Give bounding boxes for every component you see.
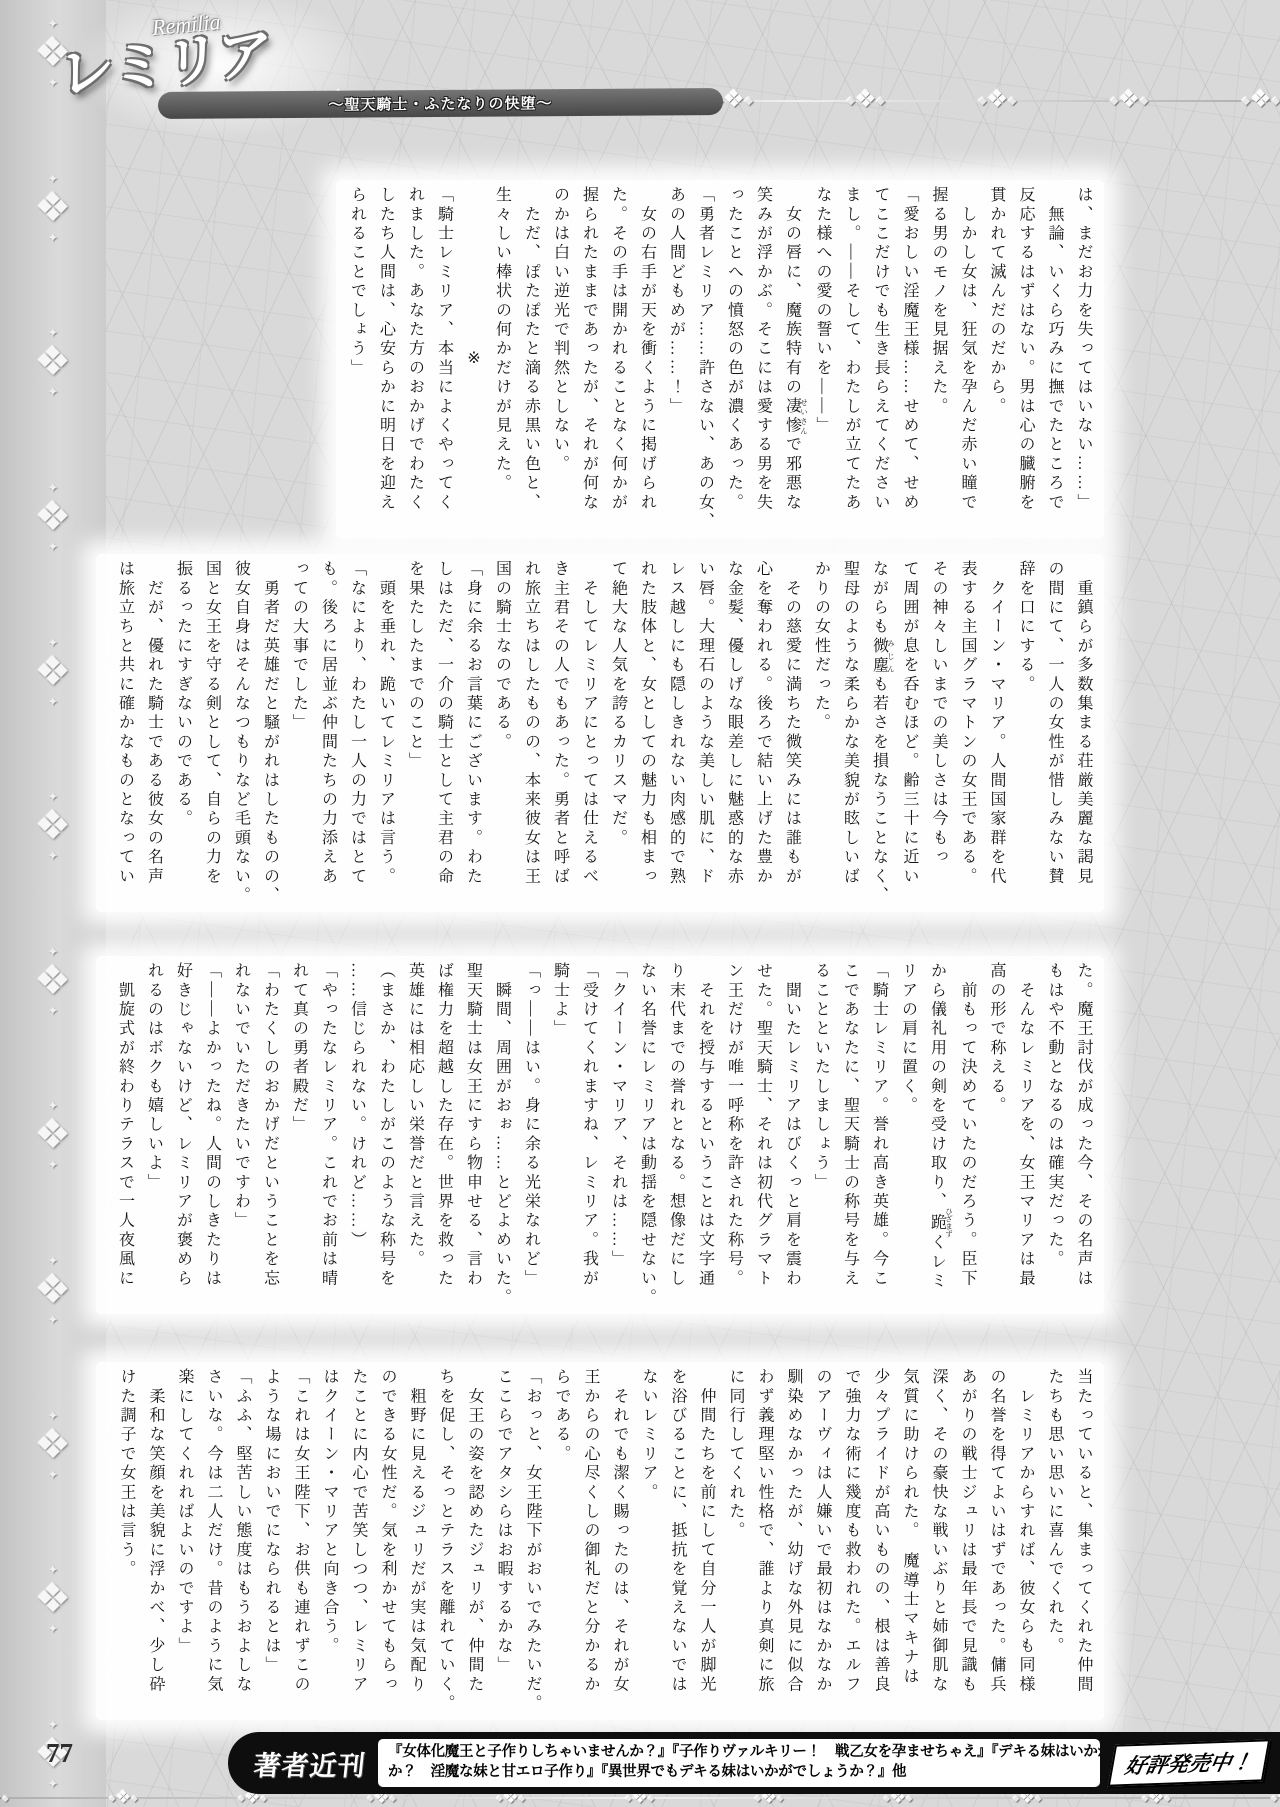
text-column: 女の右手が天を衝くように掲げられ: [633, 186, 662, 532]
text-column: れないでいただきたいですわ」: [227, 962, 256, 1308]
lace-ornament-icon: ✦❖✦: [35, 1560, 71, 1638]
text-column: 「身に余るお言葉にございます。わた: [459, 560, 488, 906]
text-column: 英雄には相応しい栄誉だと言えた。: [401, 962, 430, 1308]
text-column: 聖天騎士は女王にすら物申せる、言わ: [459, 962, 488, 1308]
text-column: 重鎮らが多数集まる荘厳美麗な謁見: [1069, 560, 1098, 906]
text-column: 心を奪われる。後ろで結い上げた豊か: [749, 560, 778, 906]
text-column: れた肢体と、女としての魅力も相まっ: [633, 560, 662, 906]
text-column: り末代までの誉れとなる。想像だにし: [662, 962, 691, 1308]
text-column: もはや不動となるのは確実だった。: [1040, 962, 1069, 1308]
text-band-3: た。魔王討伐が成った今、その名声はもはや不動となるのは確実だった。 そんなレミリ…: [96, 956, 1104, 1314]
diamond-ornament-icon: ◆❖◆: [1110, 88, 1148, 112]
text-column: ば権力を超越した存在。世界を救った: [430, 962, 459, 1308]
text-column: 聖母のような柔らかな美貌が眩しいば: [836, 560, 865, 906]
text-column: あの人間どもめが……！」: [662, 186, 691, 532]
text-column: ような場においでになられるとは」: [257, 1368, 286, 1714]
text-column: のアーヴィは人嫌いで最初はなかなか: [808, 1368, 837, 1714]
text-column: は、まだお力を失ってはいない……」: [1069, 186, 1098, 532]
text-column: 「やったなレミリア。これでお前は晴: [314, 962, 343, 1308]
text-column: 少々プライドが高いものの、根は善良: [866, 1368, 895, 1714]
text-column: その慈愛に満ちた微笑みには誰もが: [778, 560, 807, 906]
lace-ornament-icon: ✦❖✦: [35, 1096, 71, 1174]
text-column: られることでしょう」: [343, 186, 372, 532]
page-number: 77: [46, 1738, 73, 1769]
text-column: あがりの戦士ジュリは最年長で見識も: [953, 1368, 982, 1714]
text-column: 国の騎士なのである。: [488, 560, 517, 906]
text-column: 好きじゃないけど、レミリアが褒めら: [169, 962, 198, 1308]
text-column: れて真の勇者殿だ」: [285, 962, 314, 1308]
publisher-footer-bar: 著者近刊 『女体化魔王と子作りしちゃいませんか？』『子作りヴァルキリー！ 戦乙女…: [228, 1732, 1280, 1794]
lace-ornament-icon: ✦❖✦: [35, 1406, 71, 1484]
text-column: それを授与するということは文字通: [691, 962, 720, 1308]
text-column: れるのはボクも嬉しいよ」: [140, 962, 169, 1308]
text-column: で強力な術に幾度も救われた。エルフ: [837, 1368, 866, 1714]
series-subtitle: 〜聖天騎士・ふたなりの快堕〜: [328, 92, 552, 115]
lace-ornament-icon: ✦❖✦: [35, 169, 71, 247]
text-column: レミリアからすれば、彼女らも同様: [1011, 1368, 1040, 1714]
text-column: こであなたに、聖天騎士の称号を与え: [836, 962, 865, 1308]
text-column: た。魔王討伐が成った今、その名声は: [1069, 962, 1098, 1308]
text-column: レス越しにも隠しきれない肉感的で熟: [662, 560, 691, 906]
text-column: たちも思い思いに喜んでくれた。: [1040, 1368, 1069, 1714]
text-column: れ旅立ちはしたものの、本来彼女は王: [517, 560, 546, 906]
text-column: 「わたくしのおかげだということを忘: [256, 962, 285, 1308]
diamond-ornament-icon: ◆❖◆: [0, 1788, 9, 1806]
text-column: 握られたままであったが、それが何な: [575, 186, 604, 532]
text-column: 高の形で称える。: [982, 962, 1011, 1308]
text-column: したち人間は、心安らかに明日を迎え: [372, 186, 401, 532]
text-column: たことに内心で苦笑しつつ、レミリア: [344, 1368, 373, 1714]
book-titles-box: 『女体化魔王と子作りしちゃいませんか？』『子作りヴァルキリー！ 戦乙女を孕ませち…: [378, 1739, 1100, 1786]
text-column: 辞を口にする。: [1011, 560, 1040, 906]
text-column: 騎士よ」: [546, 962, 575, 1308]
text-column: の名誉を得てよいはずであった。傭兵: [982, 1368, 1011, 1714]
lace-ornament-icon: ✦❖✦: [35, 323, 71, 401]
text-column: 柔和な笑顔を美貌に浮かべ、少し砕: [141, 1368, 170, 1714]
text-column: ないレミリア。: [634, 1368, 663, 1714]
text-column: せた。聖天騎士、それは初代グラマト: [749, 962, 778, 1308]
text-column: のかは白い逆光で判然としない。: [546, 186, 575, 532]
text-column: 「愛おしい淫魔王様……せめて、せめ: [895, 186, 924, 532]
text-column: 粗野に見えるジュリだが実は気配り: [402, 1368, 431, 1714]
text-column: リアの肩に置く。: [894, 962, 923, 1308]
text-column: 笑みが浮かぶ。そこには愛する男を失: [749, 186, 778, 532]
text-column: 頭を垂れ、跪いてレミリアは言う。: [372, 560, 401, 906]
text-column: ない名誉にレミリアは動揺を隠せない。: [633, 962, 662, 1308]
text-column: ちを促し、そっとテラスを離れていく。: [431, 1368, 460, 1714]
text-column: らである。: [547, 1368, 576, 1714]
text-column: 「――よかったね。人間のしきたりは: [198, 962, 227, 1308]
text-column: ※: [459, 186, 488, 532]
text-column: 彼女自身はそんなつもりなど毛頭ない。: [227, 560, 256, 906]
text-column: クイーン・マリア。人間国家群を代: [982, 560, 1011, 906]
left-ornament-border: ✦❖✦✦❖✦✦❖✦✦❖✦✦❖✦✦❖✦✦❖✦✦❖✦✦❖✦✦❖✦✦❖✦✦❖✦: [0, 0, 106, 1807]
lace-ornament-icon: ✦❖✦: [35, 787, 71, 865]
text-column: っての大事でした」: [285, 560, 314, 906]
text-column: 深く、その豪快な戦いぶりと姉御肌な: [924, 1368, 953, 1714]
text-column: 瞬間、周囲がおぉ……とどよめいた。: [488, 962, 517, 1308]
text-column: ……信じられない。けれど……）: [343, 962, 372, 1308]
novel-page: { "page": { "number": "77" }, "header": …: [0, 0, 1280, 1807]
text-column: 勇者だ英雄だと騒がれはしたものの、: [256, 560, 285, 906]
text-column: ここらでアタシらはお暇するかな」: [489, 1368, 518, 1714]
book-titles-line-2: か？ 淫魔な妹と甘エロ子作り』『異世界でもデキる妹はいかがでしょうか？』他: [388, 1763, 1090, 1783]
text-column: 反応するはずはない。男は心の臓腑を: [1011, 186, 1040, 532]
on-sale-badge: 好評発売中！: [1108, 1739, 1271, 1786]
text-column: は旅立ちと共に確かなものとなってい: [111, 560, 140, 906]
book-titles-line-1: 『女体化魔王と子作りしちゃいませんか？』『子作りヴァルキリー！ 戦乙女を孕ませち…: [388, 1743, 1090, 1763]
text-column: けた調子で女王は言う。: [112, 1368, 141, 1714]
text-column: て周囲が息を呑むほど。齢三十に近い: [895, 560, 924, 906]
text-column: 前もって決めていたのだろう。臣下: [953, 962, 982, 1308]
diamond-ornament-icon: ◆❖◆: [1242, 88, 1280, 112]
text-column: ただ、ぽたぽたと滴る赤黒い色と、: [517, 186, 546, 532]
text-column: わず義理堅い性格で、誰より真剣に旅: [750, 1368, 779, 1714]
text-column: ったことへの憤怒の色が濃くあった。: [720, 186, 749, 532]
text-column: 握る男のモノを見据えた。: [924, 186, 953, 532]
text-column: 女の唇に、魔族特有の凄惨せいさんで邪悪な: [778, 186, 809, 532]
text-column: を浴びることに、抵抗を覚えないでは: [663, 1368, 692, 1714]
text-column: 表する主国グラマトンの女王である。: [953, 560, 982, 906]
text-column: い唇。大理石のような美しい肌に、ド: [691, 560, 720, 906]
text-column: 王からの心尽くしの御礼だと分かるか: [576, 1368, 605, 1714]
text-column: ン王だけが唯一呼称を許された称号。: [720, 962, 749, 1308]
lace-ornament-icon: ✦❖✦: [35, 478, 71, 556]
text-column: も。後ろに居並ぶ仲間たちの力添えあ: [314, 560, 343, 906]
author-upcoming-label: 著者近刊: [252, 1744, 368, 1783]
text-column: 無論、いくら巧みに撫でたところで: [1040, 186, 1069, 532]
text-column: て絶大な人気を誇るカリスマだ。: [604, 560, 633, 906]
text-column: 生々しい棒状の何かだけが見えた。: [488, 186, 517, 532]
text-column: 「騎士レミリア、本当によくやってく: [430, 186, 459, 532]
text-column: かりの女性だった。: [807, 560, 836, 906]
text-column: 楽にしてくれればよいのですよ」: [170, 1368, 199, 1714]
text-column: 凱旋式が終わりテラスで一人夜風に: [111, 962, 140, 1308]
text-column: 「なにより、わたし一人の力ではとて: [343, 560, 372, 906]
text-column: しはただ、一介の騎士として主君の命: [430, 560, 459, 906]
text-column: に同行してくれた。: [721, 1368, 750, 1714]
text-column: 「これは女王陛下、お供も連れずこの: [286, 1368, 315, 1714]
text-column: 貫かれて滅んだのだから。: [982, 186, 1011, 532]
subtitle-ribbon: 〜聖天騎士・ふたなりの快堕〜: [158, 88, 723, 119]
text-column: なた様への愛の誓いを――」: [808, 186, 837, 532]
text-column: まし。――そして、わたしが立てたあ: [837, 186, 866, 532]
text-column: それでも潔く賜ったのは、それが女: [605, 1368, 634, 1714]
text-column: を果たしたまでのこと」: [401, 560, 430, 906]
text-column: 気質に助けられた。 魔導士マキナは: [895, 1368, 924, 1714]
text-column: そんなレミリアを、女王マリアは最: [1011, 962, 1040, 1308]
text-column: から儀礼用の剣を受け取り、跪ひざまずくレミ: [923, 962, 954, 1308]
text-column: 「勇者レミリア……許さない、あの女、: [691, 186, 720, 532]
text-column: その神々しいまでの美しさは今もっ: [924, 560, 953, 906]
text-column: 「クイーン・マリア、それは……」: [604, 962, 633, 1308]
text-column: 聞いたレミリアはびくっと肩を震わ: [778, 962, 807, 1308]
text-column: 女王の姿を認めたジュリが、仲間た: [460, 1368, 489, 1714]
text-column: 「受けてくれますね、レミリア。我が: [575, 962, 604, 1308]
text-column: 仲間たちを前にして自分一人が脚光: [692, 1368, 721, 1714]
text-column: 「騎士レミリア。誉れ高き英雄。今こ: [865, 962, 894, 1308]
text-column: ながらも微塵みじんも若さを損なうことなく、: [865, 560, 896, 906]
text-band-1: は、まだお力を失ってはいない……」 無論、いくら巧みに撫でたところで反応するはず…: [336, 180, 1104, 538]
lace-ornament-icon: ✦❖✦: [35, 942, 71, 1020]
text-column: はクイーン・マリアと向き合う。: [315, 1368, 344, 1714]
text-column: の間にて、一人の女性が惜しみない賛: [1040, 560, 1069, 906]
text-column: た。その手は開かれることなく何かが: [604, 186, 633, 532]
text-column: さいな。今は二人だけ。昔のように気: [199, 1368, 228, 1714]
text-band-4: 当たっていると、集まってくれた仲間たちも思い思いに喜んでくれた。 レミリアからす…: [96, 1362, 1104, 1720]
diamond-ornament-icon: ◆❖◆: [109, 1788, 138, 1806]
text-column: そしてレミリアにとっては仕えるべ: [575, 560, 604, 906]
text-column: 当たっていると、集まってくれた仲間: [1069, 1368, 1098, 1714]
text-column: 国と女王を守る剣として、自らの力を: [198, 560, 227, 906]
lace-ornament-icon: ✦❖✦: [35, 633, 71, 711]
text-column: ることといたしましょう」: [807, 962, 836, 1308]
text-column: （まさか、わたしがこのような称号を: [372, 962, 401, 1308]
text-column: 「おっと、女王陛下がおいでみたいだ。: [518, 1368, 547, 1714]
text-column: のできる女性だ。気を利かせてもらっ: [373, 1368, 402, 1714]
text-band-2: 重鎮らが多数集まる荘厳美麗な謁見の間にて、一人の女性が惜しみない賛辞を口にする。…: [96, 554, 1104, 912]
text-column: しかし女は、狂気を孕んだ赤い瞳で: [953, 186, 982, 532]
text-column: 「ふふ、堅苦しい態度はもうおよしな: [228, 1368, 257, 1714]
text-column: き主君その人でもあった。勇者と呼ば: [546, 560, 575, 906]
diamond-ornament-icon: ◆❖◆: [978, 88, 1016, 112]
text-column: な金髪、優しげな眼差しに魅惑的な赤: [720, 560, 749, 906]
lace-ornament-icon: ✦❖✦: [35, 1251, 71, 1329]
text-column: だが、優れた騎士である彼女の名声: [140, 560, 169, 906]
diamond-ornament-icon: ◆❖◆: [847, 88, 885, 112]
text-column: 振るったにすぎないのである。: [169, 560, 198, 906]
text-column: 馴染めなかったが、幼げな外見に似合: [779, 1368, 808, 1714]
text-column: 「っ――はい。身に余る光栄なれど」: [517, 962, 546, 1308]
text-column: れました。あなた方のおかげでわたく: [401, 186, 430, 532]
text-column: てここだけでも生き長らえてください: [866, 186, 895, 532]
